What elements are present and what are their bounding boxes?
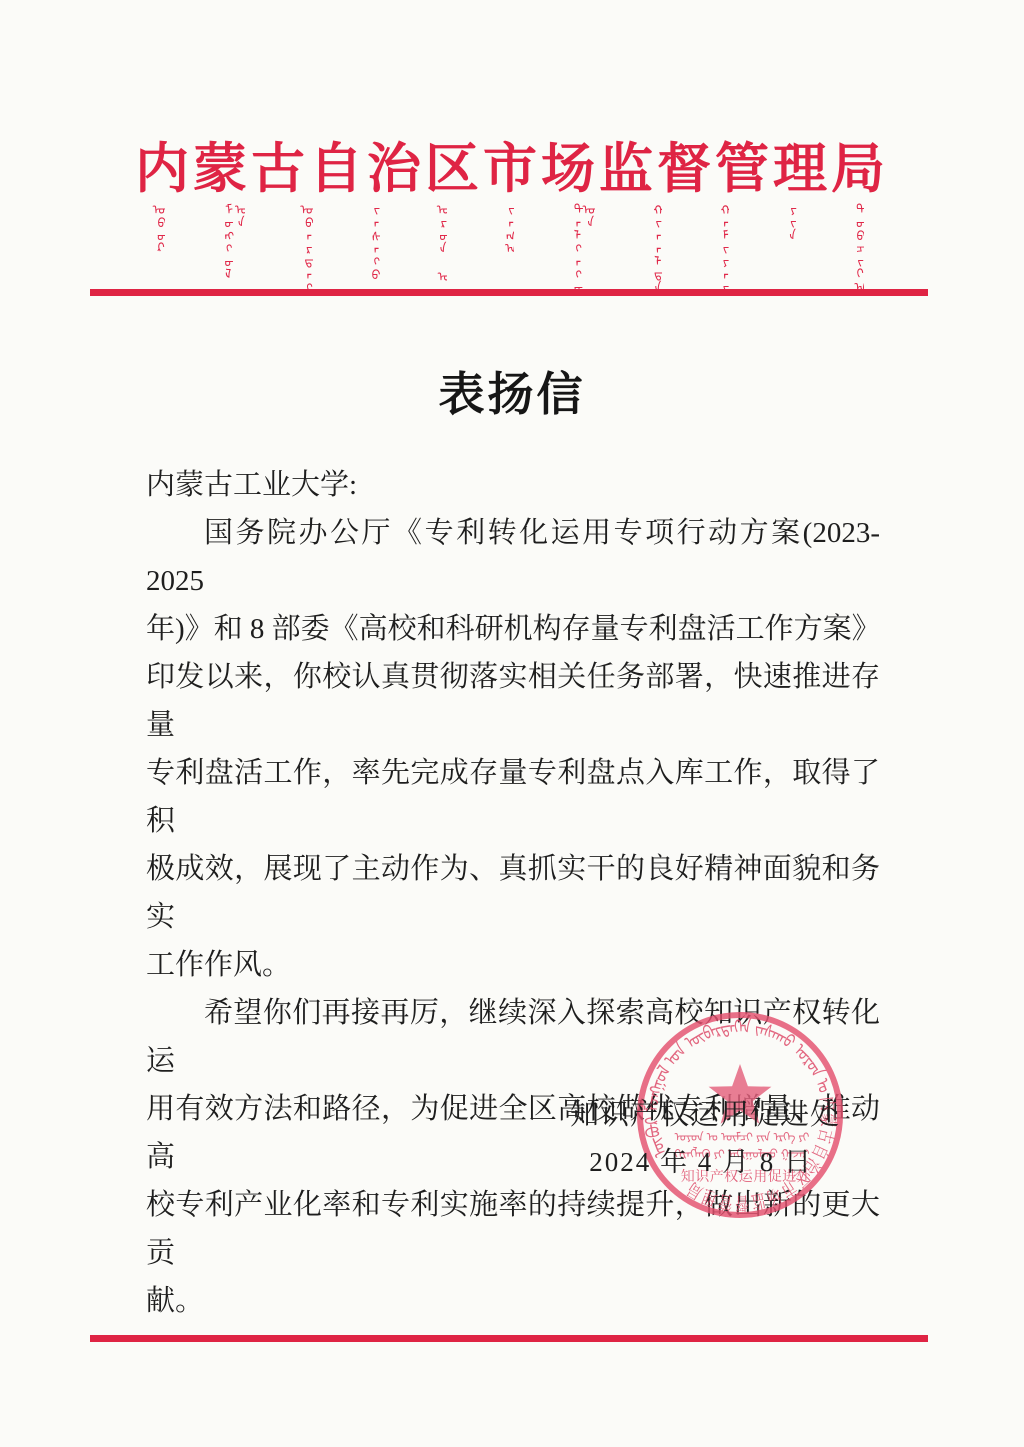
body-line: 国务院办公厅《专利转化运用专项行动方案(2023-2025	[146, 509, 880, 605]
mongolian-word: ᠮᠣᠩᠭᠣᠯ ᠤᠨ	[219, 202, 245, 292]
salutation: 内蒙古工业大学:	[146, 461, 880, 509]
mongolian-word: ᠥᠪᠡᠷᠲᠡᠭᠡᠨ	[300, 202, 313, 292]
mongolian-word: ᠵᠠᠰᠠᠬᠤ	[367, 202, 380, 280]
footer-divider-rule	[90, 1335, 928, 1342]
mongolian-word: ᠲᠣᠪᠴᠢᠶ᠎ᠠ	[851, 202, 864, 292]
letterhead-divider-rule	[90, 289, 928, 296]
mongolian-word: ᠳᠡᠯᠭᠡᠭᠦᠷ ᠦᠨ	[569, 202, 595, 292]
body-line: 工作作风。	[146, 941, 880, 989]
mongolian-word: ᠵᠠᠬ᠎ᠠ	[501, 202, 514, 254]
signature-department: 知识产权运用促进处	[570, 1092, 840, 1133]
letterhead-agency-name: 内蒙古自治区市场监督管理局	[0, 126, 1024, 203]
mongolian-word: ᠶᠢᠨ	[784, 202, 797, 241]
signature-date: 2024 年 4 月 8 日	[589, 1140, 813, 1179]
letterhead-mongolian-script: ᠥᠪᠥᠷ ᠮᠣᠩᠭᠣᠯ ᠤᠨ ᠥᠪᠡᠷᠲᠡᠭᠡᠨ ᠵᠠᠰᠠᠬᠤ ᠣᠷᠣᠨ ᠤ ᠵ…	[152, 202, 864, 292]
body-line: 极成效，展现了主动作为、真抓实干的良好精神面貌和务实	[146, 845, 880, 941]
body-line: 专利盘活工作，率先完成存量专利盘点入库工作，取得了积	[146, 749, 880, 845]
body-line: 印发以来，你校认真贯彻落实相关任务部署，快速推进存量	[146, 653, 880, 749]
letter-page: 内蒙古自治区市场监督管理局 ᠥᠪᠥᠷ ᠮᠣᠩᠭᠣᠯ ᠤᠨ ᠥᠪᠡᠷᠲᠡᠭᠡᠨ ᠵ…	[0, 0, 1024, 1447]
mongolian-word: ᠥᠪᠥᠷ	[152, 202, 165, 254]
body-line: 年)》和 8 部委《高校和科研机构存量专利盘活工作方案》	[146, 605, 880, 653]
mongolian-word: ᠬᠢᠨᠠᠯᠲᠠ	[649, 202, 662, 292]
mongolian-word: ᠬᠠᠮᠢᠶᠠᠷᠤᠯᠲᠠ	[716, 202, 729, 292]
letter-title: 表扬信	[0, 358, 1024, 424]
body-line: 献。	[146, 1277, 880, 1325]
mongolian-word: ᠣᠷᠣᠨ ᠤ	[434, 202, 447, 282]
